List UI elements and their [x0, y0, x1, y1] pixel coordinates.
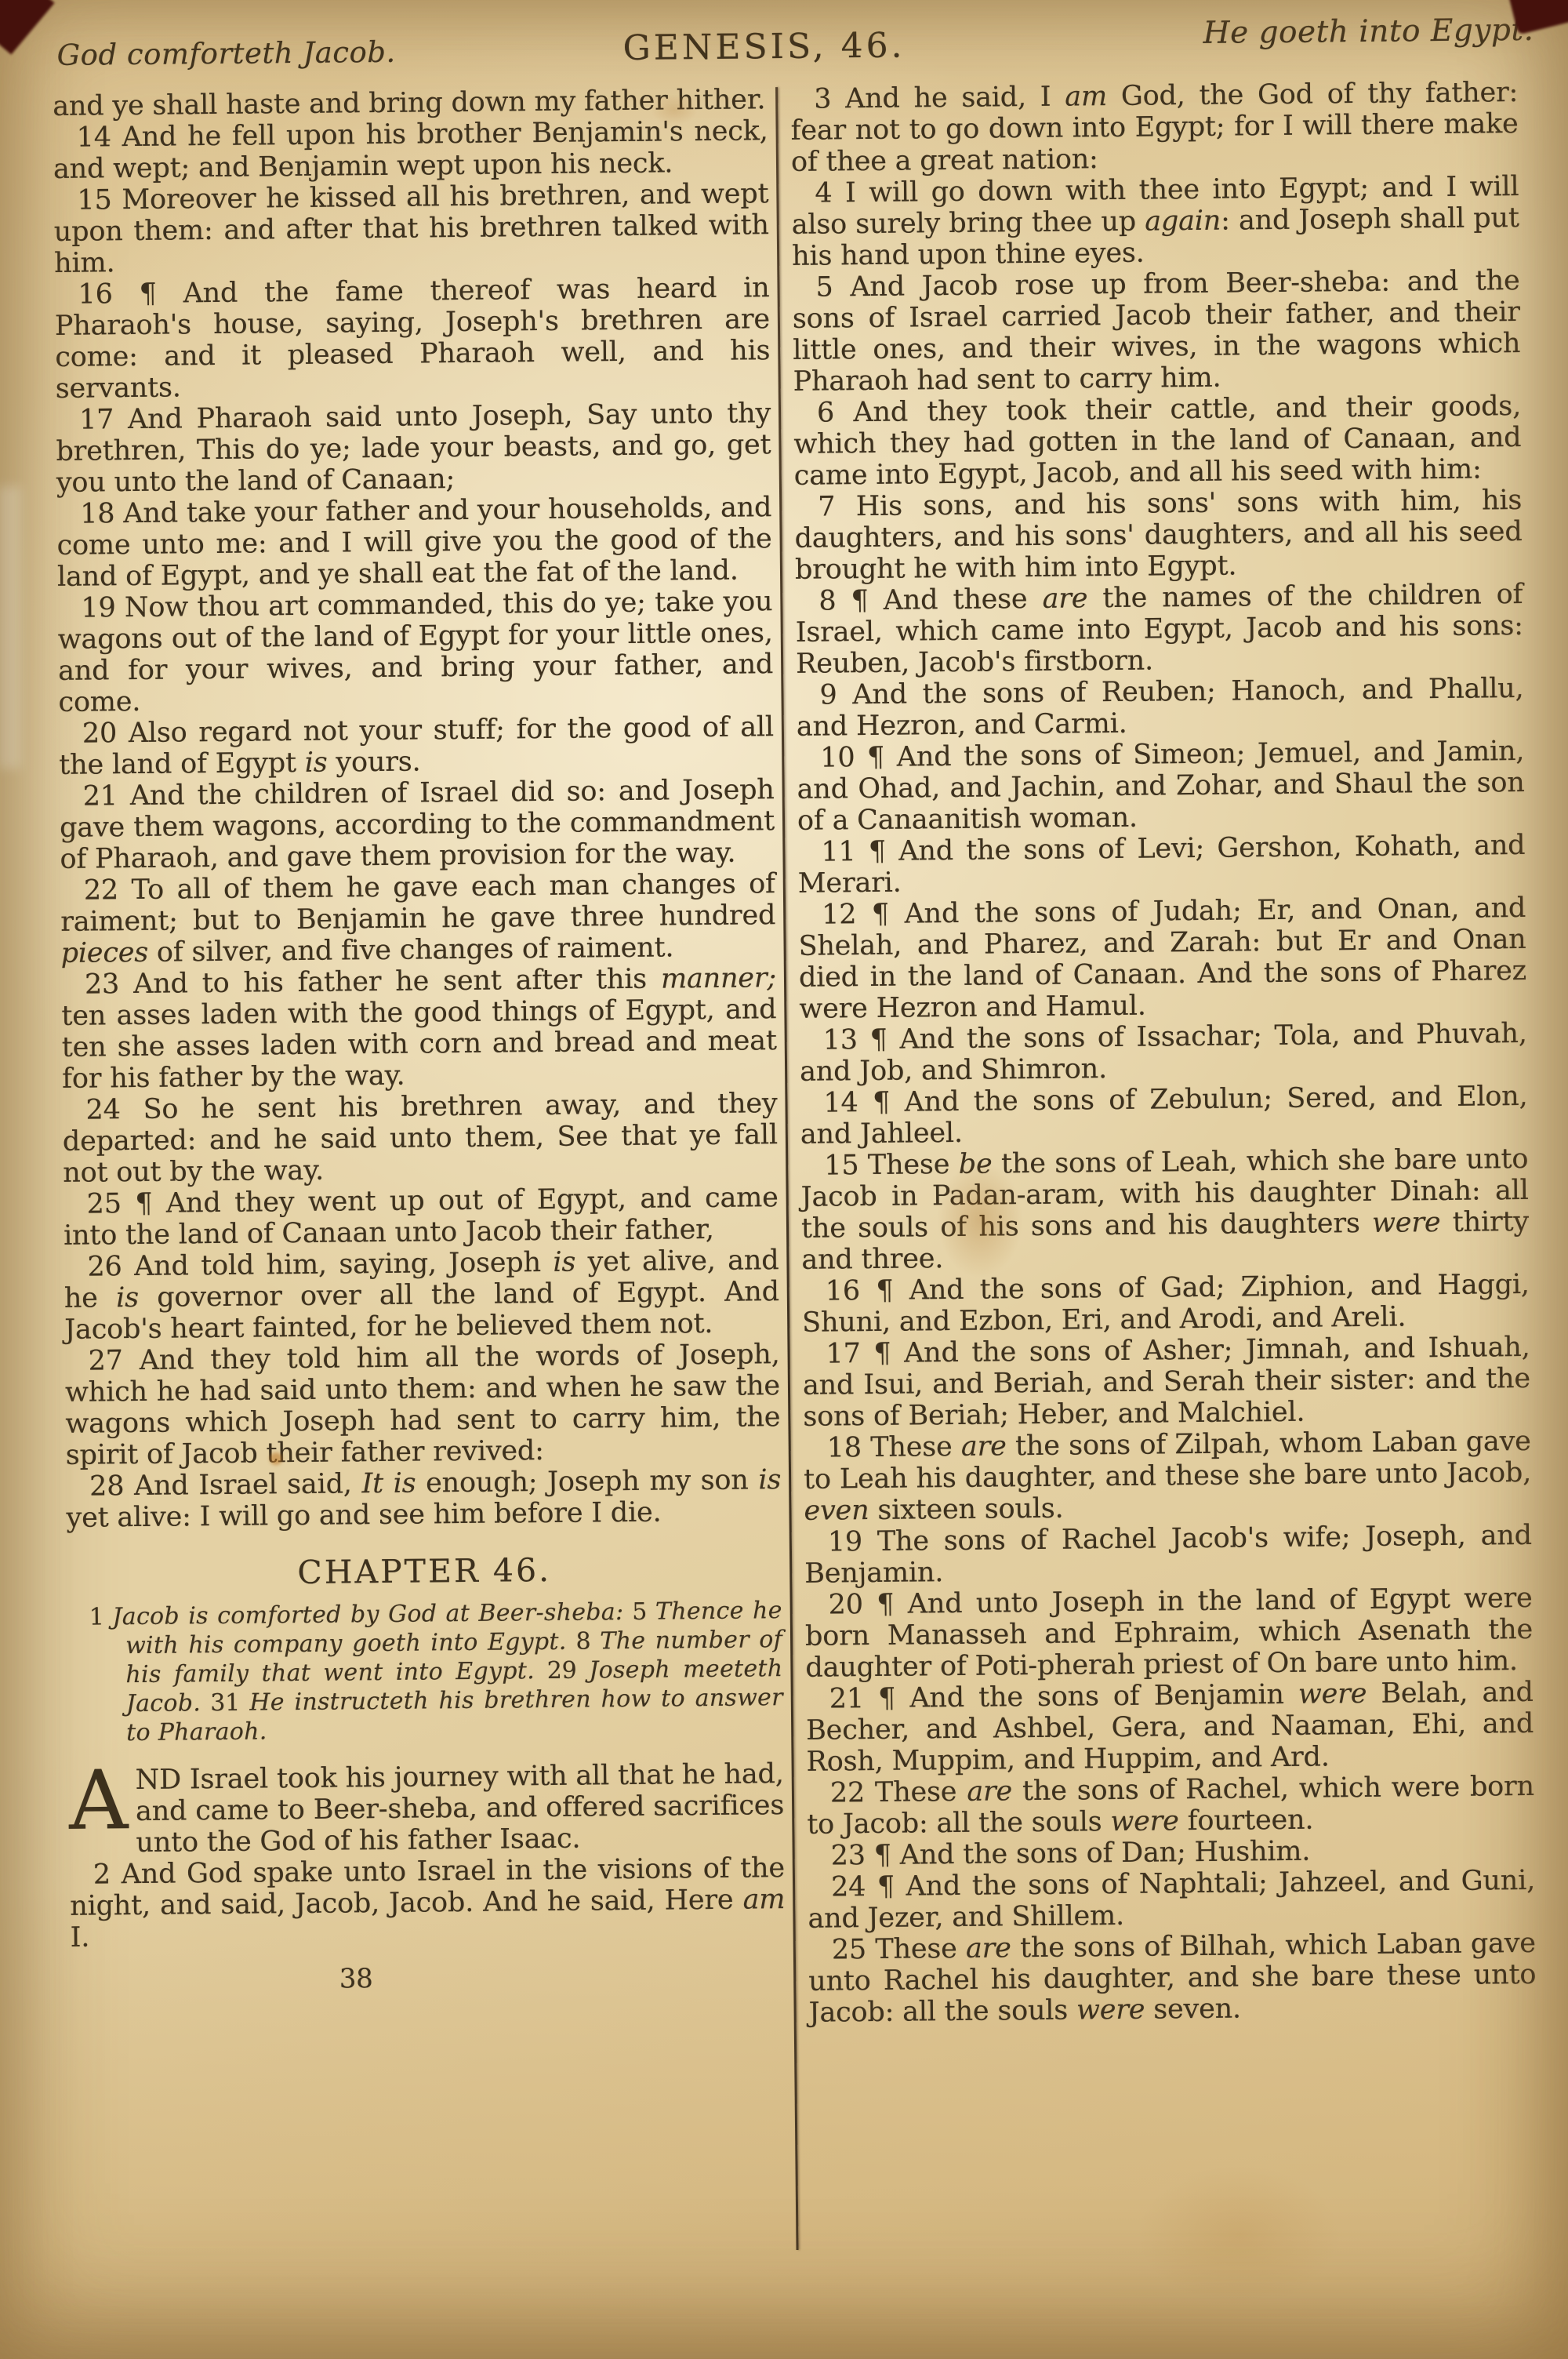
verse-paragraph: 27 And they told him all the words of Jo…	[64, 1339, 780, 1471]
verse-paragraph: 10 ¶ And the sons of Simeon; Jemuel, and…	[797, 736, 1525, 837]
chapter-heading: CHAPTER 46.	[67, 1552, 782, 1590]
verse-paragraph: 5 And Jacob rose up from Beer-sheba: and…	[792, 265, 1520, 398]
verse-paragraph: 19 Now thou art commanded, this do ye; t…	[57, 586, 773, 718]
bible-page-scan: God comforteth Jacob. GENESIS, 46. He go…	[0, 0, 1568, 2359]
running-header-title: GENESIS, 46.	[622, 26, 905, 68]
verse-paragraph: 26 And told him, saying, Joseph is yet a…	[64, 1245, 779, 1346]
verse-paragraph: 9 And the sons of Reuben; Hanoch, and Ph…	[796, 673, 1524, 743]
verse-paragraph: 22 To all of them he gave each man chang…	[60, 868, 776, 969]
verse-paragraph: 14 ¶ And the sons of Zebulun; Sered, and…	[800, 1081, 1528, 1150]
page-edge-highlight	[0, 486, 20, 769]
verse-paragraph: 4 I will go down with thee into Egypt; a…	[791, 171, 1519, 272]
verse-paragraph: 16 ¶ And the sons of Gad; Ziphion, and H…	[802, 1269, 1530, 1339]
verse-paragraph: 24 ¶ And the sons of Naphtali; Jahzeel, …	[808, 1865, 1536, 1935]
verse-paragraph: 3 And he said, I am God, the God of thy …	[790, 77, 1519, 178]
verse-paragraph: 24 So he sent his brethren away, and the…	[62, 1088, 778, 1189]
chapter-summary: 1 Jacob is comforted by God at Beer-sheb…	[67, 1596, 784, 1748]
verse-paragraph: 21 ¶ And the sons of Benjamin were Belah…	[806, 1677, 1534, 1778]
paper-stain	[937, 1161, 1023, 1278]
verse-paragraph: 6 And they took their cattle, and their …	[793, 391, 1522, 492]
verse-paragraph: 12 ¶ And the sons of Judah; Er, and Onan…	[798, 892, 1526, 1025]
verse-paragraph: 28 And Israel said, It is enough; Joseph…	[66, 1464, 782, 1534]
verse-paragraph: 18 These are the sons of Zilpah, whom La…	[804, 1426, 1532, 1527]
verse-paragraph: 18 And take your father and your househo…	[56, 492, 772, 593]
verse-paragraph: 17 And Pharaoh said unto Joseph, Say unt…	[56, 398, 771, 499]
scan-area: God comforteth Jacob. GENESIS, 46. He go…	[0, 0, 1568, 2257]
verse-paragraph: 13 ¶ And the sons of Issachar; Tola, and…	[800, 1018, 1528, 1088]
verse-paragraph: 20 Also regard not your stuff; for the g…	[59, 711, 775, 781]
running-header-right: He goeth into Egypt.	[936, 13, 1534, 53]
verse-paragraph: 25 ¶ And they went up out of Egypt, and …	[64, 1182, 779, 1252]
paper-stain	[270, 1452, 282, 1465]
page-number: 38	[0, 1960, 713, 1998]
verse-paragraph: 7 His sons, and his sons' sons with him,…	[794, 485, 1523, 586]
verse-paragraph: 21 And the children of Israel did so: an…	[60, 774, 775, 875]
verse-paragraph: 17 ¶ And the sons of Asher; Jimnah, and …	[802, 1332, 1530, 1433]
text-columns: and ye shall haste and bring down my fat…	[1, 59, 1568, 2257]
paper-stain	[651, 94, 698, 125]
verse-paragraph: 8 ¶ And these are the names of the child…	[795, 579, 1523, 680]
verse-paragraph: 22 These are the sons of Rachel, which w…	[807, 1771, 1535, 1841]
drop-cap-paragraph: AND Israel took his journey with all tha…	[69, 1758, 785, 1859]
verse-paragraph: 20 ¶ And unto Joseph in the land of Egyp…	[804, 1583, 1533, 1684]
verse-paragraph: 11 ¶ And the sons of Levi; Gershon, Koha…	[797, 830, 1526, 900]
verse-paragraph: 23 And to his father he sent after this …	[61, 962, 777, 1095]
paper-stain	[1137, 2165, 1341, 2306]
text-column-left: and ye shall haste and bring down my fat…	[53, 84, 786, 1997]
verse-paragraph: 15 Moreover he kissed all his brethren, …	[53, 178, 769, 279]
verse-paragraph: 25 These are the sons of Bilhah, which L…	[808, 1928, 1537, 2029]
text-column-right: 3 And he said, I am God, the God of thy …	[790, 77, 1537, 2029]
drop-cap: A	[69, 1765, 136, 1831]
verse-paragraph: 16 ¶ And the fame thereof was heard in P…	[54, 272, 770, 405]
verse-paragraph: 14 And he fell upon his brother Benjamin…	[53, 115, 768, 185]
verse-paragraph: 19 The sons of Rachel Jacob's wife; Jose…	[804, 1520, 1533, 1590]
verse-paragraph: 15 These be the sons of Leah, which she …	[800, 1143, 1529, 1276]
running-header-left: God comforteth Jacob.	[56, 33, 654, 72]
verse-paragraph: 2 And God spake unto Israel in the visio…	[70, 1852, 786, 1954]
